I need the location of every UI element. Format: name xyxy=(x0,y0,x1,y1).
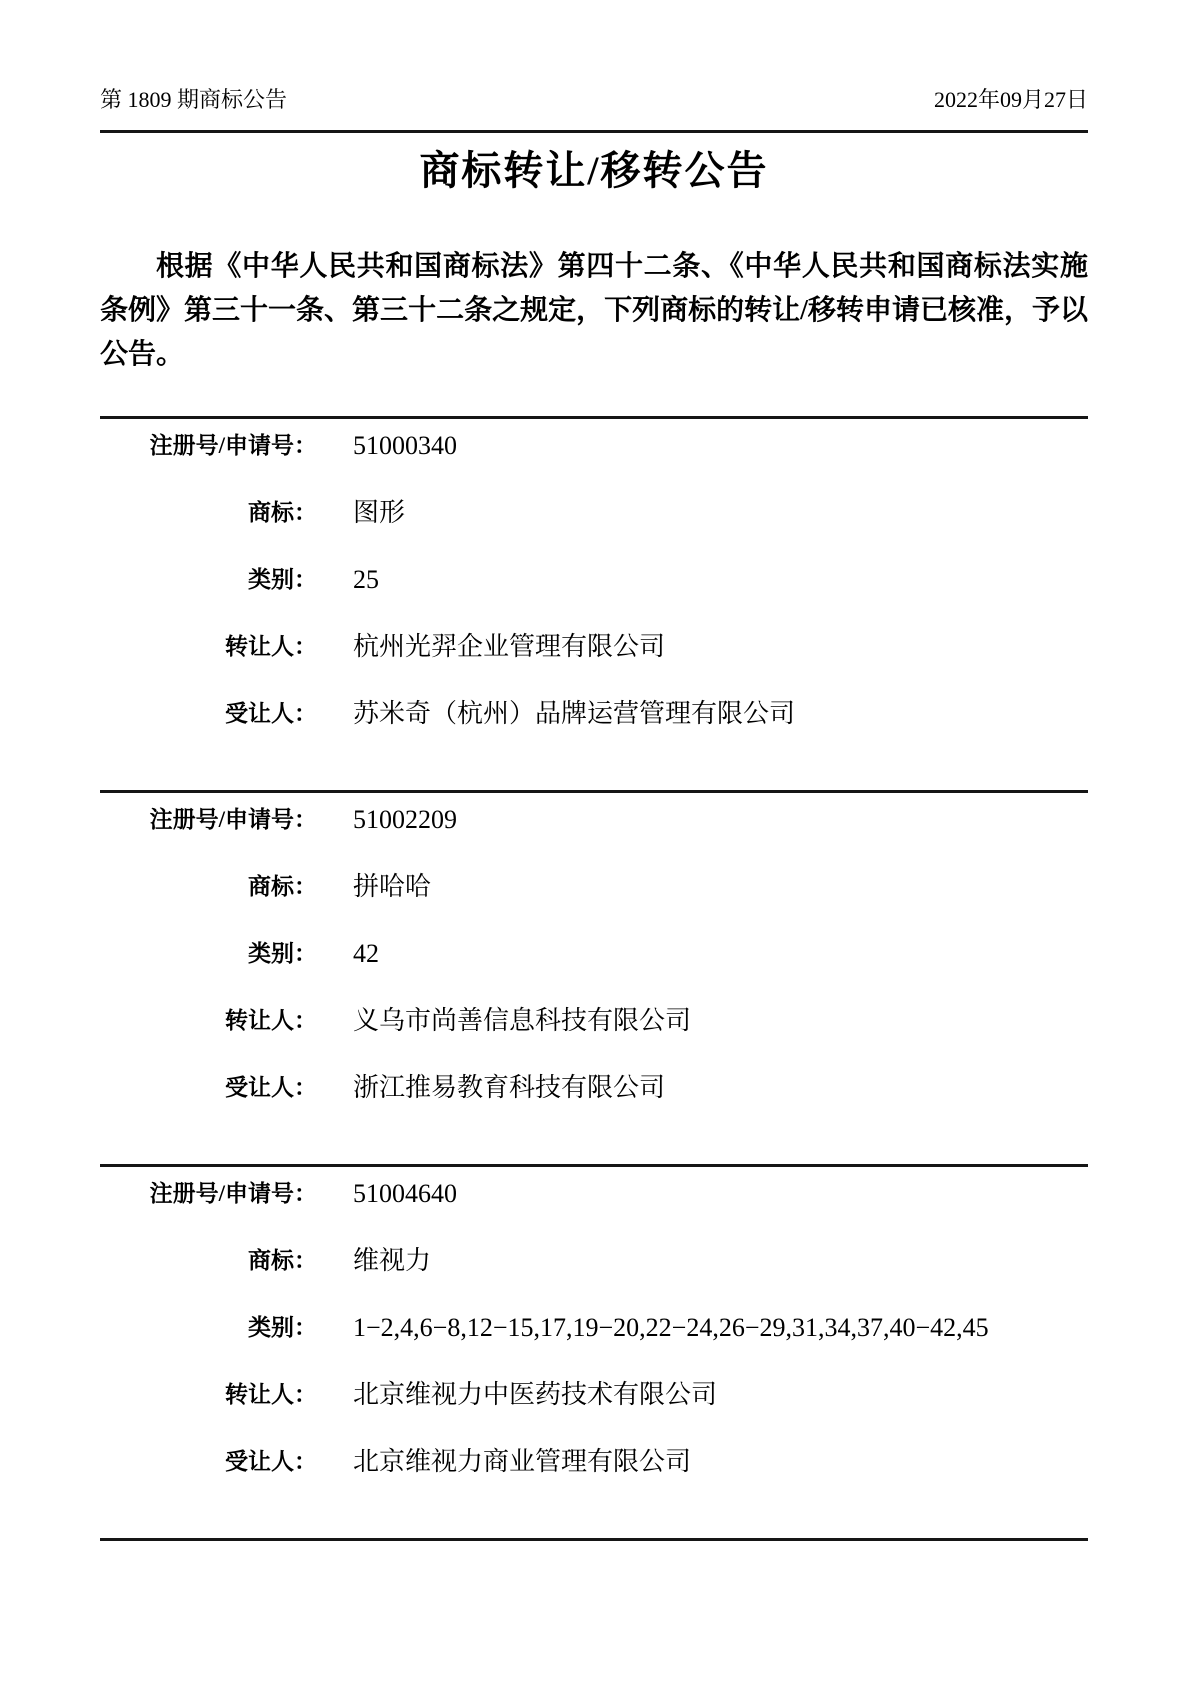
assignee-value: 北京维视力商业管理有限公司 xyxy=(317,1447,691,1477)
page-content: 第 1809 期商标公告 2022年09月27日 商标转让/移转公告 根据《中华… xyxy=(100,0,1088,1541)
trademark-value: 维视力 xyxy=(317,1246,431,1276)
reg-no-value: 51002209 xyxy=(317,805,457,835)
reg-no-label: 注册号/申请号： xyxy=(100,431,317,461)
field-row-class: 类别： 1−2,4,6−8,12−15,17,19−20,22−24,26−29… xyxy=(100,1313,1088,1380)
assignor-value: 杭州光羿企业管理有限公司 xyxy=(317,632,665,662)
field-row-assignee: 受让人： 北京维视力商业管理有限公司 xyxy=(100,1447,1088,1514)
page-date: 2022年09月27日 xyxy=(934,88,1088,112)
class-value: 25 xyxy=(317,565,379,595)
assignee-label: 受让人： xyxy=(100,1073,317,1103)
trademark-record-3: 注册号/申请号： 51004640 商标： 维视力 类别： 1−2,4,6−8,… xyxy=(100,1164,1088,1538)
trademark-label: 商标： xyxy=(100,872,317,902)
field-row-assignor: 转让人： 义乌市尚善信息科技有限公司 xyxy=(100,1006,1088,1073)
field-row-reg-no: 注册号/申请号： 51004640 xyxy=(100,1179,1088,1246)
assignee-value: 苏米奇（杭州）品牌运营管理有限公司 xyxy=(317,699,795,729)
page-title: 商标转让/移转公告 xyxy=(100,147,1088,195)
class-value: 42 xyxy=(317,939,379,969)
bottom-rule xyxy=(100,1538,1088,1541)
trademark-value: 图形 xyxy=(317,498,405,528)
class-label: 类别： xyxy=(100,565,317,595)
class-label: 类别： xyxy=(100,1313,317,1343)
field-row-assignor: 转让人： 杭州光羿企业管理有限公司 xyxy=(100,632,1088,699)
assignee-label: 受让人： xyxy=(100,1447,317,1477)
field-row-trademark: 商标： 拼哈哈 xyxy=(100,872,1088,939)
assignor-value: 北京维视力中医药技术有限公司 xyxy=(317,1380,717,1410)
records-list: 注册号/申请号： 51000340 商标： 图形 类别： 25 转让人： 杭州光… xyxy=(100,416,1088,1541)
assignor-value: 义乌市尚善信息科技有限公司 xyxy=(317,1006,691,1036)
trademark-label: 商标： xyxy=(100,1246,317,1276)
page-header: 第 1809 期商标公告 2022年09月27日 xyxy=(100,0,1088,112)
reg-no-label: 注册号/申请号： xyxy=(100,805,317,835)
header-rule xyxy=(100,130,1088,133)
trademark-label: 商标： xyxy=(100,498,317,528)
assignee-label: 受让人： xyxy=(100,699,317,729)
field-row-assignee: 受让人： 浙江推易教育科技有限公司 xyxy=(100,1073,1088,1140)
reg-no-label: 注册号/申请号： xyxy=(100,1179,317,1209)
trademark-record-2: 注册号/申请号： 51002209 商标： 拼哈哈 类别： 42 转让人： 义乌… xyxy=(100,790,1088,1164)
reg-no-value: 51004640 xyxy=(317,1179,457,1209)
assignee-value: 浙江推易教育科技有限公司 xyxy=(317,1073,665,1103)
intro-paragraph: 根据《中华人民共和国商标法》第四十二条、《中华人民共和国商标法实施条例》第三十一… xyxy=(100,245,1088,377)
class-label: 类别： xyxy=(100,939,317,969)
field-row-assignee: 受让人： 苏米奇（杭州）品牌运营管理有限公司 xyxy=(100,699,1088,766)
reg-no-value: 51000340 xyxy=(317,431,457,461)
assignor-label: 转让人： xyxy=(100,1006,317,1036)
assignor-label: 转让人： xyxy=(100,1380,317,1410)
field-row-trademark: 商标： 维视力 xyxy=(100,1246,1088,1313)
gazette-page: 第 1809 期商标公告 2022年09月27日 商标转让/移转公告 根据《中华… xyxy=(0,0,1190,1698)
field-row-class: 类别： 25 xyxy=(100,565,1088,632)
class-value: 1−2,4,6−8,12−15,17,19−20,22−24,26−29,31,… xyxy=(317,1313,989,1343)
trademark-record-1: 注册号/申请号： 51000340 商标： 图形 类别： 25 转让人： 杭州光… xyxy=(100,416,1088,790)
field-row-reg-no: 注册号/申请号： 51000340 xyxy=(100,431,1088,498)
field-row-trademark: 商标： 图形 xyxy=(100,498,1088,565)
trademark-value: 拼哈哈 xyxy=(317,872,431,902)
issue-label: 第 1809 期商标公告 xyxy=(100,88,287,112)
field-row-assignor: 转让人： 北京维视力中医药技术有限公司 xyxy=(100,1380,1088,1447)
field-row-class: 类别： 42 xyxy=(100,939,1088,1006)
assignor-label: 转让人： xyxy=(100,632,317,662)
field-row-reg-no: 注册号/申请号： 51002209 xyxy=(100,805,1088,872)
